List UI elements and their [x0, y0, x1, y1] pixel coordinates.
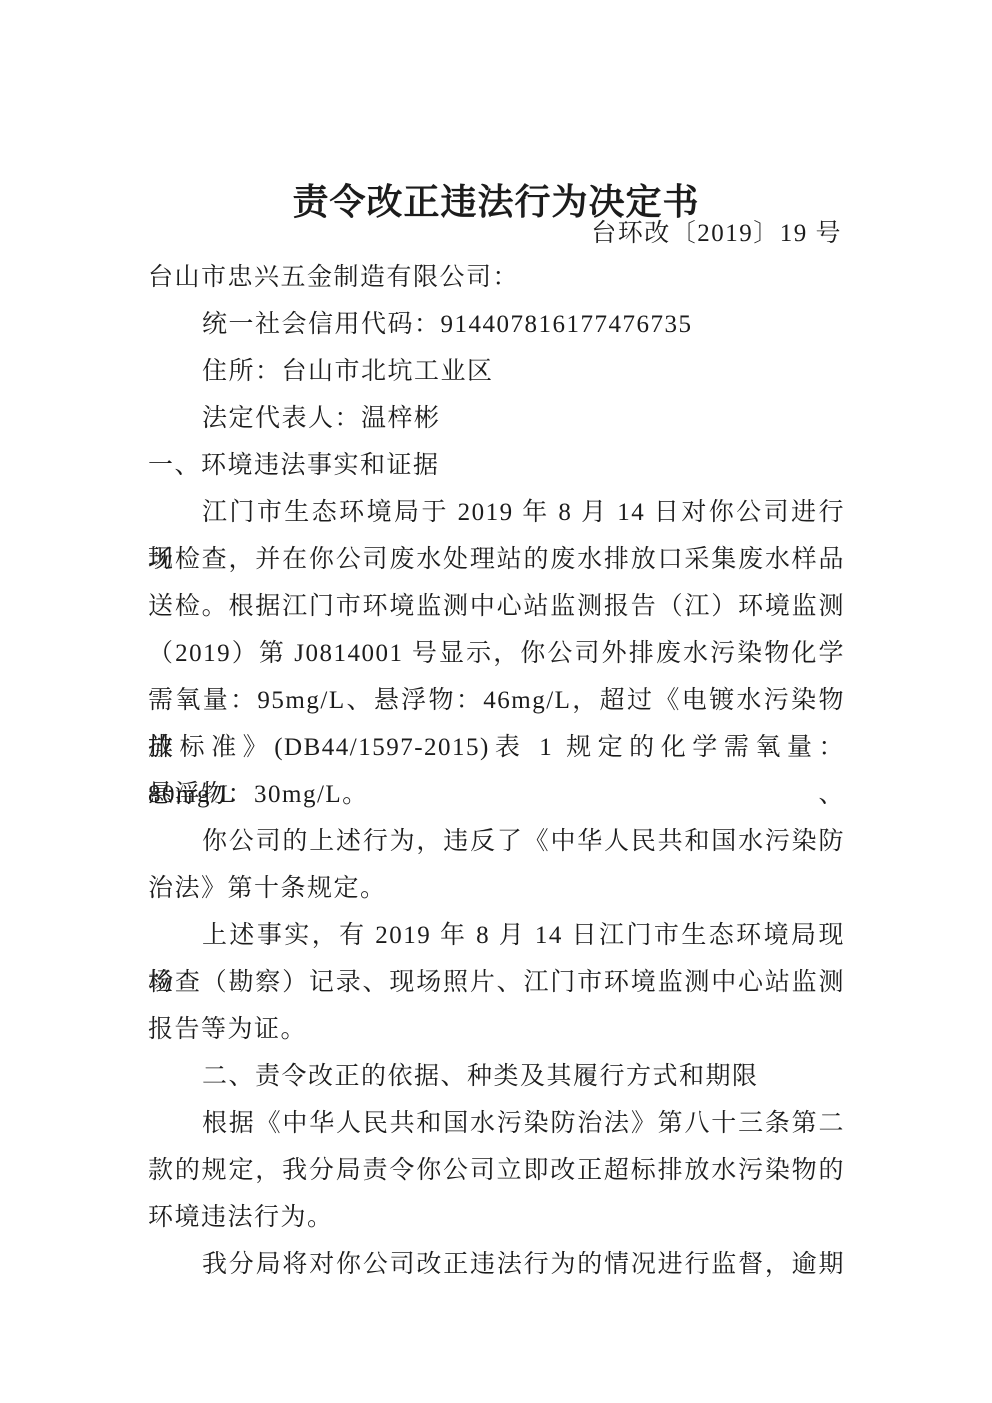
document-page: 责令改正违法行为决定书 台环改〔2019〕19 号 台山市忠兴五金制造有限公司：…: [0, 0, 992, 1403]
document-line: 场检查，并在你公司废水处理站的废水排放口采集废水样品: [148, 536, 845, 583]
document-line: 江门市生态环境局于 2019 年 8 月 14 日对你公司进行现: [148, 489, 845, 536]
document-line: 检查（勘察）记录、现场照片、江门市环境监测中心站监测: [148, 959, 845, 1006]
document-line: 上述事实，有 2019 年 8 月 14 日江门市生态环境局现场: [148, 912, 845, 959]
document-line: 二、责令改正的依据、种类及其履行方式和期限: [148, 1053, 845, 1100]
document-line: 你公司的上述行为，违反了《中华人民共和国水污染防: [148, 818, 845, 865]
document-line: 放标准》(DB44/1597-2015)表 1 规定的化学需氧量：80mg/L、: [148, 724, 845, 771]
document-line: 报告等为证。: [148, 1006, 845, 1053]
document-line: 台山市忠兴五金制造有限公司：: [148, 254, 845, 301]
document-line: 统一社会信用代码：914407816177476735: [148, 301, 845, 348]
document-line: 款的规定，我分局责令你公司立即改正超标排放水污染物的: [148, 1147, 845, 1194]
document-line: 一、环境违法事实和证据: [148, 442, 845, 489]
document-line: 根据《中华人民共和国水污染防治法》第八十三条第二: [148, 1100, 845, 1147]
document-title: 责令改正违法行为决定书: [0, 180, 992, 224]
document-line: 需氧量：95mg/L、悬浮物：46mg/L，超过《电镀水污染物排: [148, 677, 845, 724]
document-line: 法定代表人：温梓彬: [148, 395, 845, 442]
document-line: 治法》第十条规定。: [148, 865, 845, 912]
document-line: （2019）第 J0814001 号显示，你公司外排废水污染物化学: [148, 630, 845, 677]
document-line: 我分局将对你公司改正违法行为的情况进行监督，逾期: [148, 1241, 845, 1288]
document-body: 台山市忠兴五金制造有限公司：统一社会信用代码：91440781617747673…: [148, 254, 845, 1288]
document-line: 住所：台山市北坑工业区: [148, 348, 845, 395]
document-number: 台环改〔2019〕19 号: [591, 218, 842, 250]
document-line: 送检。根据江门市环境监测中心站监测报告（江）环境监测: [148, 583, 845, 630]
document-line: 环境违法行为。: [148, 1194, 845, 1241]
